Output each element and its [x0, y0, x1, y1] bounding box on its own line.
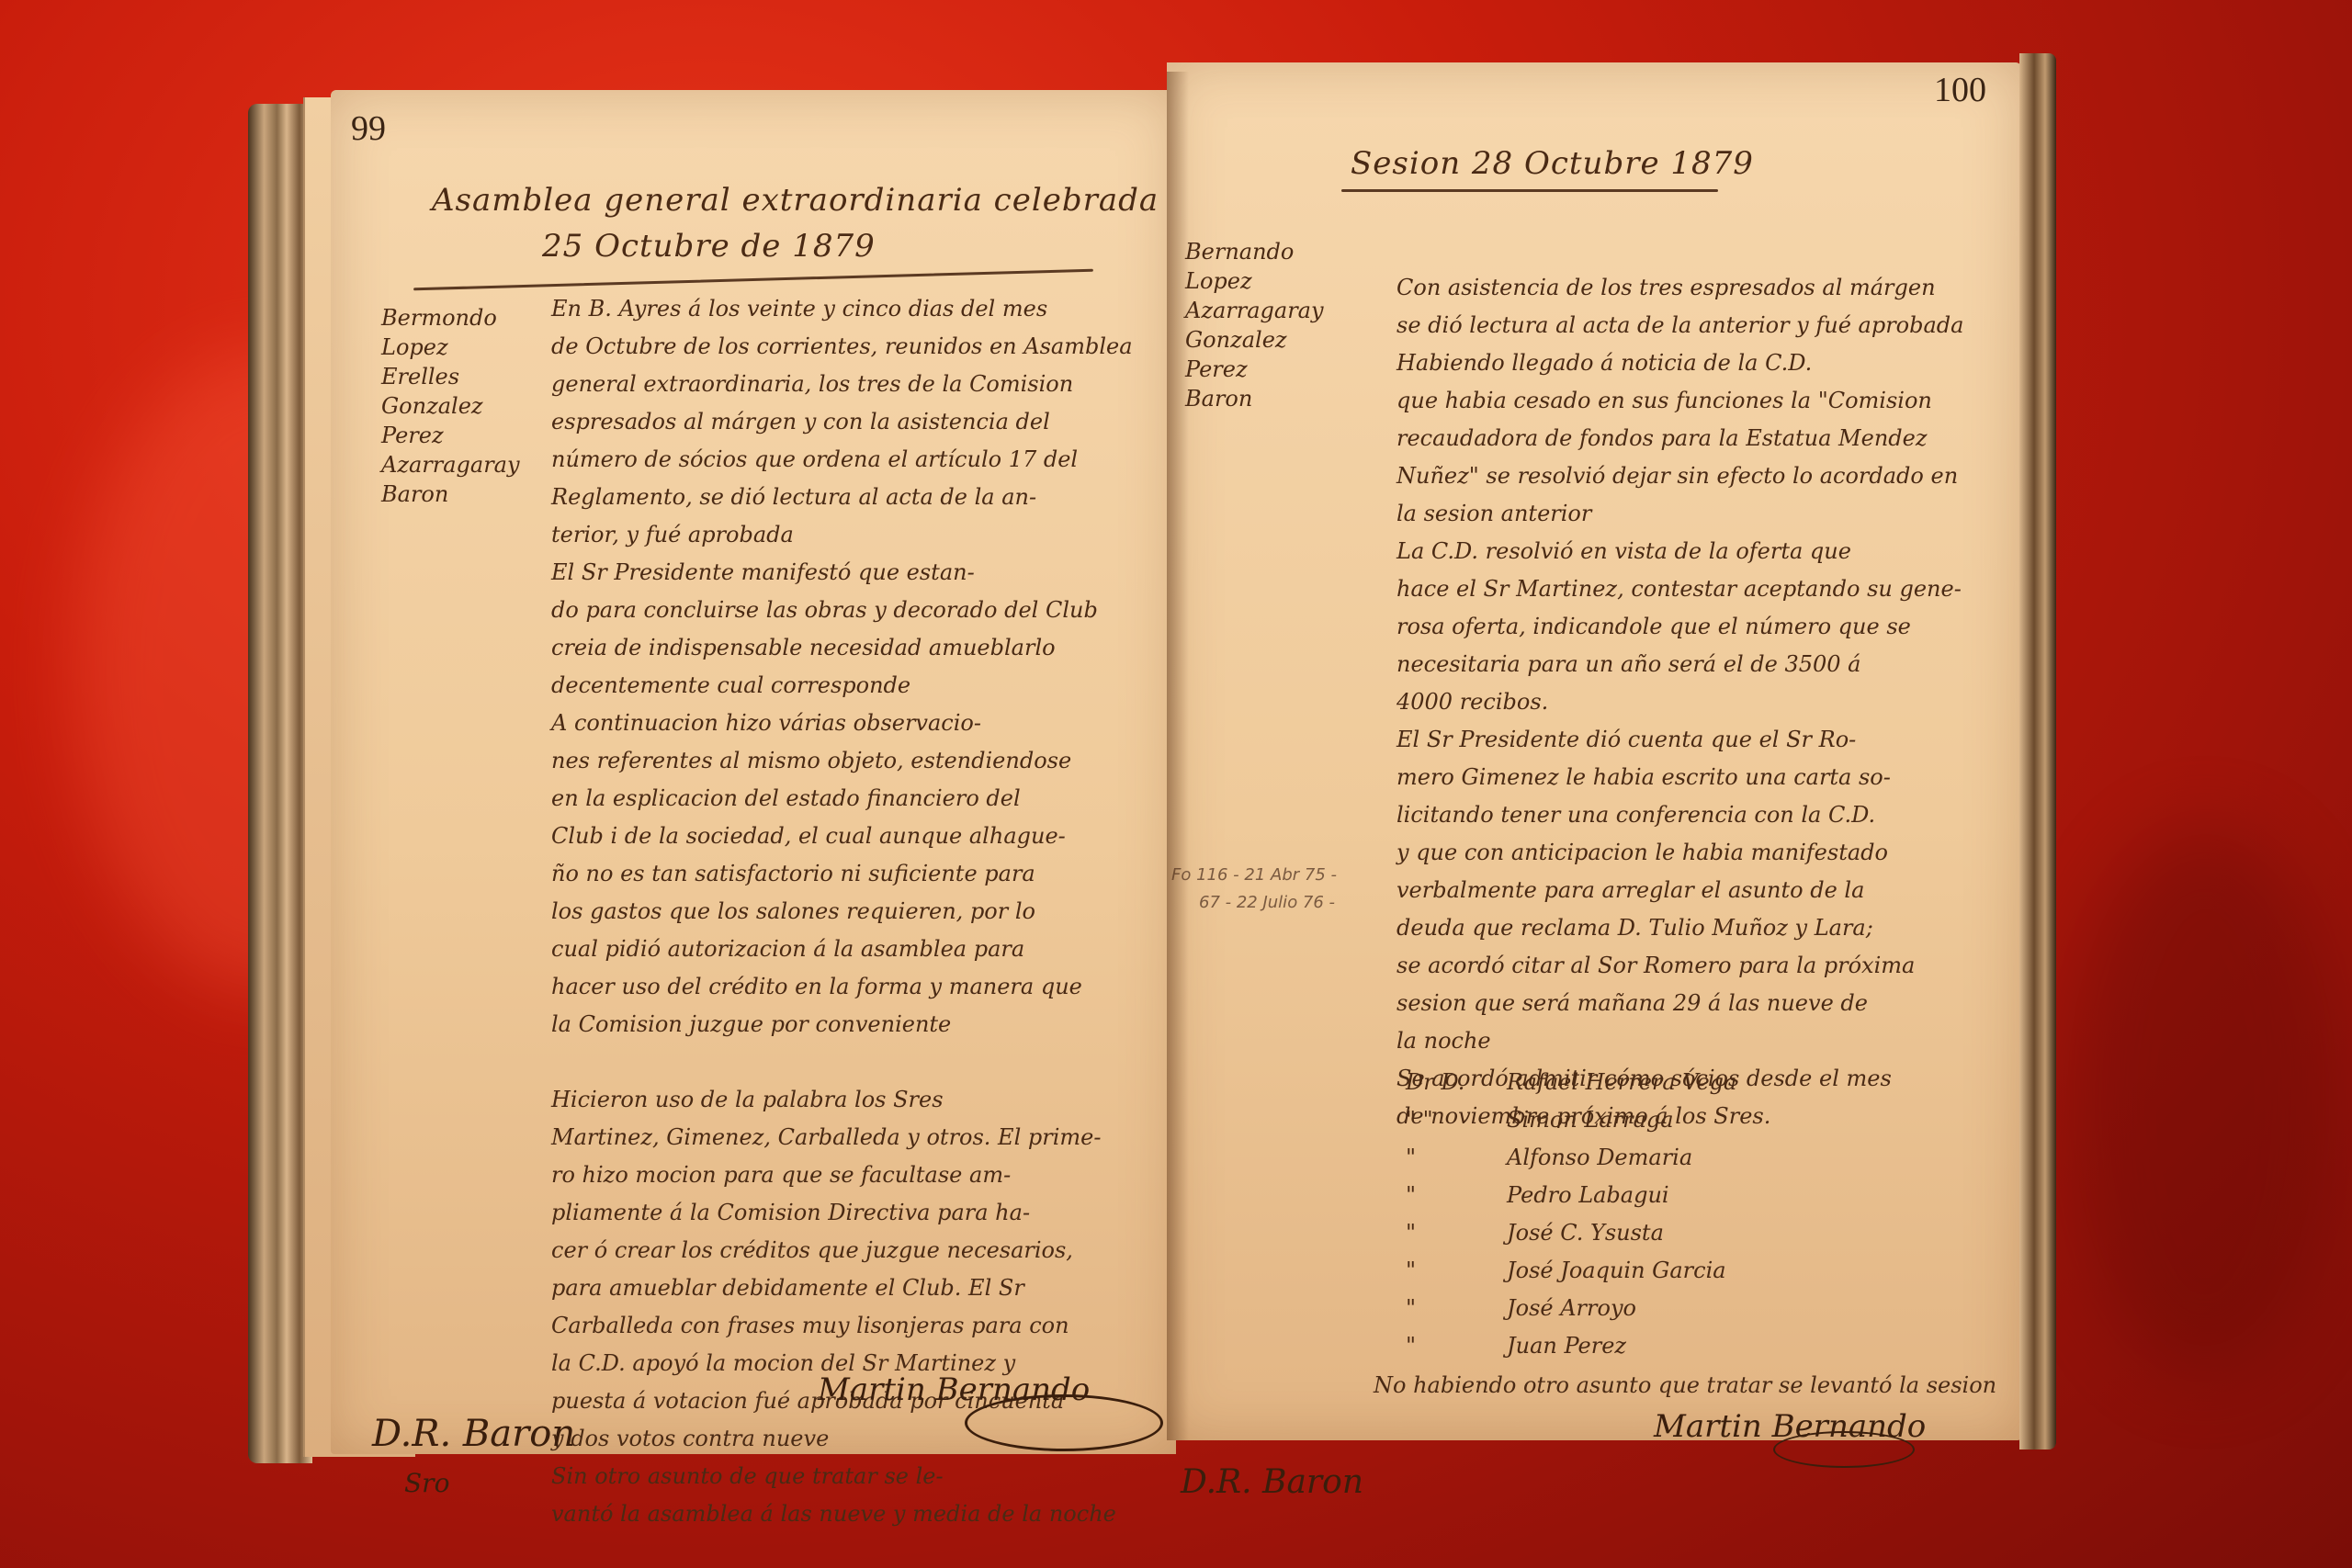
left-page-title-line1: Asamblea general extraordinaria celebrad… [432, 182, 1262, 219]
text-line: en la esplicacion del estado financiero … [551, 780, 1133, 818]
text-line: creia de indispensable necesidad amuebla… [551, 629, 1133, 667]
text-line: rosa oferta, indicandole que el número q… [1396, 608, 1963, 646]
page-number-right: 100 [1934, 70, 1986, 110]
member-name: Juan Perez [1507, 1327, 1626, 1365]
attendee: Azarragaray [381, 450, 520, 479]
new-members-list: Dr D.Rafael Herrera Vega " "Simon Larrag… [1406, 1064, 1736, 1365]
text-line: hace el Sr Martinez, contestar aceptando… [1396, 570, 1963, 608]
right-page-title: Sesion 28 Octubre 1879 [1351, 145, 1754, 182]
text-line: número de sócios que ordena el artículo … [551, 441, 1133, 479]
left-attendees-list: Bermondo Lopez Erelles Gonzalez Perez Az… [381, 303, 520, 509]
book-gutter [1167, 72, 1189, 1440]
member-prefix: " [1406, 1290, 1507, 1327]
text-line: para amueblar debidamente el Club. El Sr [551, 1269, 1133, 1307]
attendee: Baron [381, 479, 520, 509]
member-row: "José Arroyo [1406, 1290, 1736, 1327]
member-prefix: " " [1406, 1101, 1507, 1139]
signature-flourish [1773, 1431, 1915, 1468]
cloth-fold-shadow [2067, 827, 2343, 1378]
text-line: Martinez, Gimenez, Carballeda y otros. E… [551, 1119, 1133, 1156]
member-prefix: Dr D. [1406, 1064, 1507, 1101]
text-line: 4000 recibos. [1396, 683, 1963, 721]
member-prefix: " [1406, 1214, 1507, 1252]
member-name: Alfonso Demaria [1507, 1139, 1692, 1177]
text-line: En B. Ayres á los veinte y cinco dias de… [551, 290, 1133, 328]
text-line: de Octubre de los corrientes, reunidos e… [551, 328, 1133, 366]
member-name: Simon Larraga [1507, 1101, 1674, 1139]
text-line: ño no es tan satisfactorio ni suficiente… [551, 855, 1133, 893]
margin-note-line: Fo 116 - 21 Abr 75 - [1171, 862, 1337, 889]
text-line: hacer uso del crédito en la forma y mane… [551, 968, 1133, 1006]
text-line: la noche [1396, 1022, 1963, 1060]
member-row: "Alfonso Demaria [1406, 1139, 1736, 1177]
member-row: "José Joaquin Garcia [1406, 1252, 1736, 1290]
text-line: terior, y fué aprobada [551, 516, 1133, 554]
margin-note-line: 67 - 22 Julio 76 - [1171, 889, 1337, 917]
attendee: Baron [1185, 384, 1324, 413]
member-prefix: " [1406, 1139, 1507, 1177]
pencil-margin-note: Fo 116 - 21 Abr 75 - 67 - 22 Julio 76 - [1171, 862, 1337, 917]
text-line: El Sr Presidente manifestó que estan- [551, 554, 1133, 592]
member-row: "José C. Ysusta [1406, 1214, 1736, 1252]
text-line: A continuacion hizo várias observacio- [551, 705, 1133, 742]
text-line: la Comision juzgue por conveniente [551, 1006, 1133, 1043]
text-line: los gastos que los salones requieren, po… [551, 893, 1133, 931]
secretary-title-left: Sro [404, 1468, 449, 1498]
text-line: se dió lectura al acta de la anterior y … [1396, 307, 1963, 344]
member-name: José C. Ysusta [1507, 1214, 1664, 1252]
text-line: Carballeda con frases muy lisonjeras par… [551, 1307, 1133, 1345]
text-line: La C.D. resolvió en vista de la oferta q… [1396, 533, 1963, 570]
attendee: Lopez [381, 333, 520, 362]
text-line: verbalmente para arreglar el asunto de l… [1396, 872, 1963, 909]
text-line: decentemente cual corresponde [551, 667, 1133, 705]
member-prefix: " [1406, 1327, 1507, 1365]
right-page-body: Con asistencia de los tres espresados al… [1396, 269, 1963, 1135]
text-line: general extraordinaria, los tres de la C… [551, 366, 1133, 403]
attendee: Gonzalez [381, 391, 520, 421]
text-line: la sesion anterior [1396, 495, 1963, 533]
text-line: deuda que reclama D. Tulio Muñoz y Lara; [1396, 909, 1963, 947]
member-row: "Juan Perez [1406, 1327, 1736, 1365]
text-line: vantó la asamblea á las nueve y media de… [551, 1495, 1133, 1533]
page-number-left: 99 [351, 108, 386, 149]
signature-flourish [965, 1394, 1163, 1451]
text-line: cual pidió autorizacion á la asamblea pa… [551, 931, 1133, 968]
right-attendees-list: Bernando Lopez Azarragaray Gonzalez Pere… [1185, 237, 1324, 413]
open-minute-book: 9 99 Asamblea general extraordinaria cel… [248, 53, 2063, 1472]
member-row: "Pedro Labagui [1406, 1177, 1736, 1214]
text-line: cer ó crear los créditos que juzgue nece… [551, 1232, 1133, 1269]
signature-secretary-right: D.R. Baron [1181, 1463, 1363, 1501]
text-line: pliamente á la Comision Directiva para h… [551, 1194, 1133, 1232]
text-line: y que con anticipacion le habia manifest… [1396, 834, 1963, 872]
text-line [551, 1043, 1133, 1081]
text-line: ro hizo mocion para que se facultase am- [551, 1156, 1133, 1194]
text-line: Con asistencia de los tres espresados al… [1396, 269, 1963, 307]
text-line: Habiendo llegado á noticia de la C.D. [1396, 344, 1963, 382]
text-line: Reglamento, se dió lectura al acta de la… [551, 479, 1133, 516]
text-line: Nuñez" se resolvió dejar sin efecto lo a… [1396, 457, 1963, 495]
text-line: espresados al márgen y con la asistencia… [551, 403, 1133, 441]
text-line: do para concluirse las obras y decorado … [551, 592, 1133, 629]
member-name: José Joaquin Garcia [1507, 1252, 1726, 1290]
signature-secretary-left: D.R. Baron [372, 1413, 575, 1455]
left-page: 99 Asamblea general extraordinaria celeb… [331, 90, 1176, 1454]
text-line: recaudadora de fondos para la Estatua Me… [1396, 420, 1963, 457]
text-line: nes referentes al mismo objeto, estendie… [551, 742, 1133, 780]
text-line: licitando tener una conferencia con la C… [1396, 796, 1963, 834]
attendee: Lopez [1185, 266, 1324, 296]
text-line: Sin otro asunto de que tratar se le- [551, 1458, 1133, 1495]
attendee: Bermondo [381, 303, 520, 333]
text-line: mero Gimenez le habia escrito una carta … [1396, 759, 1963, 796]
attendee: Azarragaray [1185, 296, 1324, 325]
left-page-title-line2: 25 Octubre de 1879 [542, 228, 876, 265]
text-line: Club i de la sociedad, el cual aunque al… [551, 818, 1133, 855]
attendee: Bernando [1185, 237, 1324, 266]
text-line: necesitaria para un año será el de 3500 … [1396, 646, 1963, 683]
book-spine-edge-right [2019, 53, 2056, 1450]
text-line: sesion que será mañana 29 á las nueve de [1396, 985, 1963, 1022]
text-line: se acordó citar al Sor Romero para la pr… [1396, 947, 1963, 985]
member-row: " "Simon Larraga [1406, 1101, 1736, 1139]
attendee: Perez [381, 421, 520, 450]
text-line: Hicieron uso de la palabra los Sres [551, 1081, 1133, 1119]
attendee: Gonzalez [1185, 325, 1324, 355]
text-line: que habia cesado en sus funciones la "Co… [1396, 382, 1963, 420]
closing-line: No habiendo otro asunto que tratar se le… [1374, 1367, 1996, 1404]
title-underline [1341, 189, 1718, 192]
member-row: Dr D.Rafael Herrera Vega [1406, 1064, 1736, 1101]
member-name: Pedro Labagui [1507, 1177, 1669, 1214]
title-underline [413, 269, 1093, 291]
member-prefix: " [1406, 1177, 1507, 1214]
right-page: 100 Sesion 28 Octubre 1879 Bernando Lope… [1167, 62, 2021, 1440]
left-page-body: En B. Ayres á los veinte y cinco dias de… [551, 290, 1133, 1533]
member-name: Rafael Herrera Vega [1507, 1064, 1736, 1101]
member-name: José Arroyo [1507, 1290, 1636, 1327]
attendee: Perez [1185, 355, 1324, 384]
text-line: El Sr Presidente dió cuenta que el Sr Ro… [1396, 721, 1963, 759]
member-prefix: " [1406, 1252, 1507, 1290]
attendee: Erelles [381, 362, 520, 391]
